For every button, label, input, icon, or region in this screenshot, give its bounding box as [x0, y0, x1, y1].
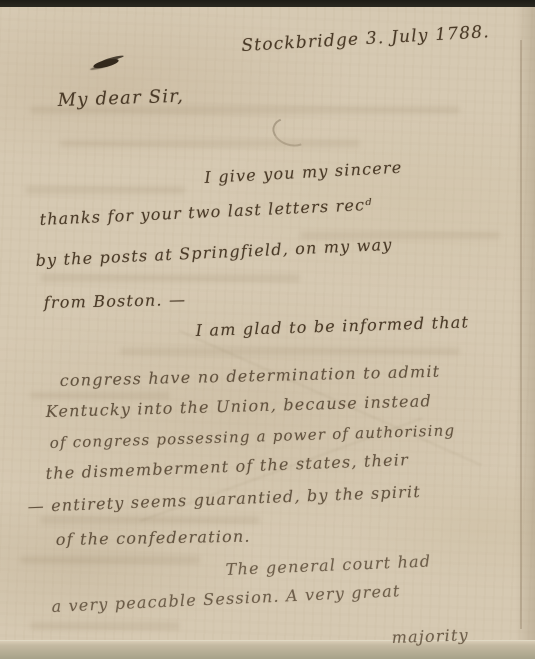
bleedthrough-mark — [60, 140, 360, 147]
bleedthrough-mark — [40, 274, 300, 282]
paper-right-edge-line — [520, 40, 522, 629]
letter-scan: Stockbridge 3. July 1788. My dear Sir, I… — [0, 0, 535, 659]
bleedthrough-mark — [30, 622, 180, 630]
letter-line: from Boston. — — [44, 290, 187, 312]
salutation: My dear Sir, — [57, 86, 184, 111]
bleedthrough-mark — [25, 186, 185, 194]
scan-edge-top — [0, 0, 535, 7]
paper-right-edge-shadow — [515, 7, 535, 643]
bleedthrough-mark — [20, 556, 200, 564]
catchword: majority — [391, 625, 469, 647]
bleedthrough-mark — [120, 348, 460, 355]
letter-line: of the confederation. — [56, 527, 251, 549]
bleedthrough-mark — [30, 392, 170, 399]
